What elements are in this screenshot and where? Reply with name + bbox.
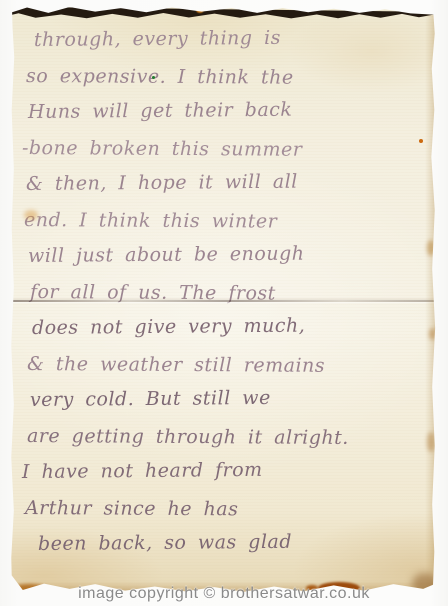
letter-line: will just about be enough [28,234,430,274]
letter-line: & then, I hope it will all [26,162,430,202]
foxing-spot [429,328,436,340]
right-edge-foxing [425,14,436,593]
handwritten-text: through, every thing is so expensive. I … [22,22,430,562]
foxing-spot [427,240,435,256]
scanned-document: through, every thing is so expensive. I … [0,0,448,606]
orange-speck [419,139,423,143]
copyright-watermark: image copyright © brothersatwar.co.uk [0,585,448,603]
letter-line: Huns will get their back [28,90,430,130]
ink-smudge [24,210,38,220]
letter-paper-sheet: through, every thing is so expensive. I … [10,4,436,593]
letter-line: very cold. But still we [30,379,430,418]
letter-line: been back, so was glad [38,523,430,562]
green-speck [152,76,155,79]
letter-line: does not give very much, [32,307,430,346]
fold-crease [10,300,436,302]
top-edge-spot [196,7,204,13]
foxing-spot [427,432,435,452]
torn-top-edge [10,4,436,19]
letter-line: through, every thing is [34,19,430,58]
letter-line: I have not heard from [22,450,430,490]
